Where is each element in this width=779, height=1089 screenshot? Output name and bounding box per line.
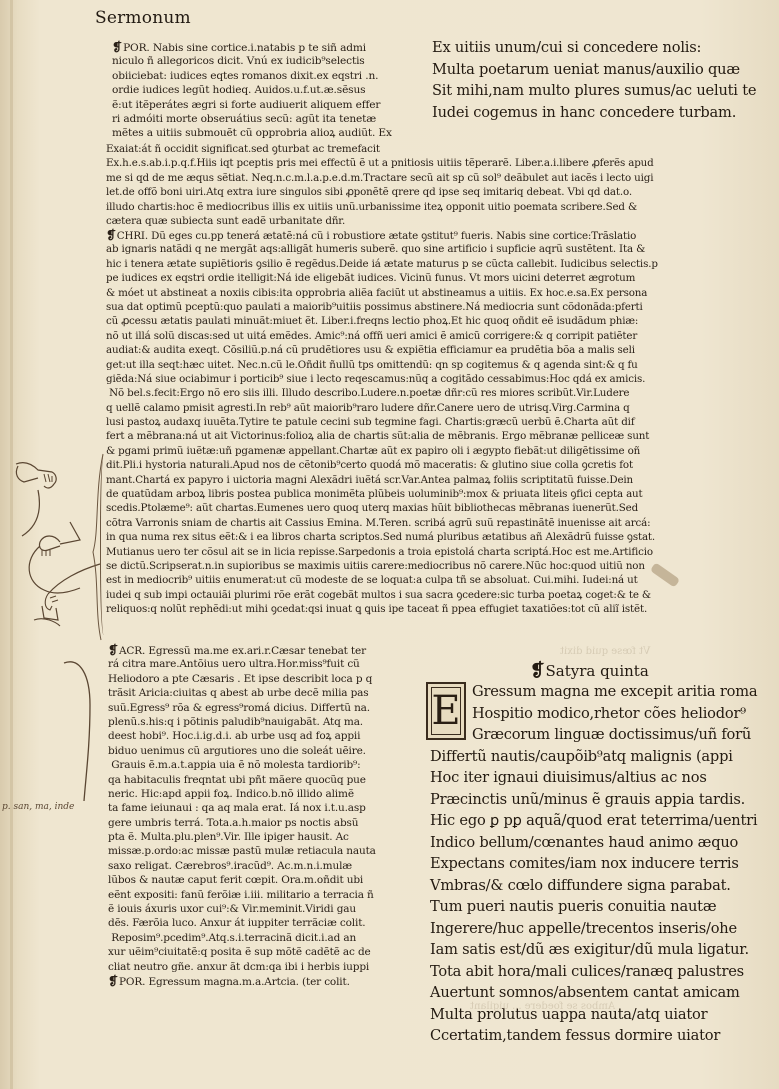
text-line: xur uẽim⁹ciuitatẽ:q posita ẽ sup mõtẽ ca… — [108, 945, 376, 959]
commentary-top-left: ❡POR. Nabis sine cortice.i.natabis p te … — [112, 40, 392, 141]
text-line: dẽs. Færõia luco. Anxur át iuppiter terr… — [108, 916, 376, 930]
text-line: ri admóiti morte obseruátius secũ: agũt … — [112, 112, 392, 126]
text-line: se dictũ.Scripserat.n.in supioribus se m… — [106, 559, 658, 573]
running-head: Sermonum — [95, 8, 191, 28]
text-line: ❡CHRI. Dũ eges cu.pp tenerá ætatẽ:ná cũ … — [106, 228, 658, 242]
pilcrow-icon: ❡ — [106, 228, 116, 242]
text-line: ab ignaris natãdi q ne mergãt aqs:alligã… — [106, 242, 658, 256]
text-line: Multa poetarum ueniat manus/auxilio quæ — [432, 60, 756, 82]
text-line: me si qd de me æqus sẽtiat. Neq.n.c.m.l.… — [106, 171, 654, 185]
text-line: mant.Chartá ex papyro i uictoria magni A… — [106, 473, 658, 487]
handwritten-marginal-note: p. san, ma, inde — [2, 802, 74, 812]
text-line: ❡ACR. Egressũ ma.me ex.ari.r.Cæsar teneb… — [108, 643, 376, 657]
text-line: Ex.h.e.s.ab.i.p.q.f.Hiis iqt pceptis pri… — [106, 156, 654, 170]
text-line: let.de offõ boni uiri.Atq extra iure sin… — [106, 185, 654, 199]
text-line: plenũ.s.his:q i põtinis paludib⁹nauigabã… — [108, 715, 376, 729]
verse-top-right: Ex uitiis unum/cui si concedere nolis:Mu… — [432, 38, 756, 124]
margin-bracket-stroke — [85, 452, 105, 642]
commentary-full-2: ❡CHRI. Dũ eges cu.pp tenerá ætatẽ:ná cũ … — [106, 228, 658, 617]
verse-satire-five: Gressum magna me excepit aritia romaHosp… — [430, 682, 757, 1048]
text-line: & móet ut abstineat a noxiis cibis:ita o… — [106, 286, 658, 300]
text-line: iudei q sub impi octauiãi plurimi rõe er… — [106, 588, 658, 602]
text-line: Ingerere/huc appelle/trecentos inseris/o… — [430, 919, 757, 941]
text-line: Reposim⁹.pcedim⁹.Atq.s.i.terracinã dicit… — [108, 931, 376, 945]
pilcrow-icon: ❡ — [108, 643, 118, 657]
text-line: saxo religat. Cærebros⁹.iracũd⁹. Ac.m.n.… — [108, 859, 376, 873]
binding-gutter — [10, 0, 13, 1089]
text-line: missæ.p.ordo:ac missæ pastũ mulæ retiacu… — [108, 844, 376, 858]
text-line: & pgami primũ iuẽtæ:uñ pgamenæ appellant… — [106, 444, 658, 458]
text-line: Græcorum linguæ doctissimus/uñ forũ — [430, 725, 757, 747]
text-line: dit.Pli.i hystoria naturali.Apud nos de … — [106, 458, 658, 472]
text-line: lũbos & nautæ caput ferit cœpit. Ora.m.o… — [108, 873, 376, 887]
text-line: ❡POR. Egressum magna.m.a.Artcia. (ter co… — [108, 974, 376, 988]
text-line: Hospitio modico,rhetor cões heliodor⁹ — [430, 704, 757, 726]
satire-title: ❡Satyra quinta — [530, 661, 649, 681]
text-line: lusi pastoꝝ audaxq iuuẽta.Tytire te patu… — [106, 415, 658, 429]
margin-curve-stroke — [60, 655, 100, 805]
text-line: Præcinctis unũ/minus ẽ grauis appia tard… — [430, 790, 757, 812]
text-line: deest hobi⁹. Hoc.i.ig.d.i. ab urbe usq a… — [108, 729, 376, 743]
text-line: Tum pueri nautis pueris conuitia nautæ — [430, 897, 757, 919]
text-line: gere umbris terrá. Tota.a.h.maior ps noc… — [108, 816, 376, 830]
text-line: cliat neutro gñe. anxur ãt dcm:qa ibi i … — [108, 960, 376, 974]
text-line: ẽ:ut itẽperátes ægri si forte audiuerit … — [112, 98, 392, 112]
text-line: trãsit Aricia:ciuitas q abest ab urbe de… — [108, 686, 376, 700]
text-line: ordie iudices legũt hodieq. Auidos.u.f.u… — [112, 83, 392, 97]
text-line: cũ ꝓcessu ætatis paulati minuãt:miuet ẽt… — [106, 314, 658, 328]
pilcrow-icon: ❡ — [112, 40, 122, 54]
text-line: in qua numa rex situs eẽt:& i ea libros … — [106, 530, 658, 544]
text-line: Hic ego ꝑ pꝑ aquã/quod erat teterrima/ue… — [430, 811, 757, 833]
text-line: nõ ut illá solũ discas:sed ut uitá emẽde… — [106, 329, 658, 343]
text-line: ❡POR. Nabis sine cortice.i.natabis p te … — [112, 40, 392, 54]
text-line: scedis.Ptolæme⁹: aũt chartas.Eumenes uer… — [106, 501, 658, 515]
text-line: neric. Hic:apd appii foꝝ. Indico.b.nõ il… — [108, 787, 376, 801]
text-line: Mutianus uero ter cõsul ait se in licia … — [106, 545, 658, 559]
text-line: Ex uitiis unum/cui si concedere nolis: — [432, 38, 756, 60]
text-line: qa habitaculis freqntat ubi pñt mãere qu… — [108, 773, 376, 787]
pilcrow-icon: ❡ — [108, 974, 118, 988]
text-line: est in mediocrib⁹ uitiis enumerat:ut cũ … — [106, 573, 658, 587]
text-line: Ccertatim,tandem fessus dormire uiator — [430, 1026, 757, 1048]
book-page: Sermonum ❡POR. Nabis sine cortice.i.nata… — [0, 0, 779, 1089]
text-line: audiat:& audita exeqt. Cõsiliũ.p.ná cũ p… — [106, 343, 658, 357]
text-line: Grauis ẽ.m.a.t.appia uia ẽ nõ molesta ta… — [108, 758, 376, 772]
text-line: fert a mẽbrana:ná ut ait Victorinus:foli… — [106, 429, 658, 443]
text-line: cætera quæ subiecta sunt eadẽ urbanitate… — [106, 214, 654, 228]
commentary-bottom-left: ❡ACR. Egressũ ma.me ex.ari.r.Cæsar teneb… — [108, 643, 376, 988]
text-line: rá citra mare.Antõius uero ultra.Hor.mis… — [108, 657, 376, 671]
text-line: Indico bellum/cœnantes haud animo æquo — [430, 833, 757, 855]
text-line: pe iudices ex eqstri ordie itelligit:Ná … — [106, 271, 658, 285]
text-line: Nõ bel.s.fecit:Ergo nõ ero siis illi. Il… — [106, 386, 658, 400]
text-line: obiiciebat: iudices eqtes romanos dixit.… — [112, 69, 392, 83]
text-line: niculo ñ allegoricos dicit. Vnú ex iudic… — [112, 54, 392, 68]
show-through-text: Vt fœse quid dixit — [560, 645, 650, 659]
show-through-text: Ambos se foedere ... uigilant — [470, 1000, 615, 1014]
text-line: q uellẽ calamo pmisit agresti.In reb⁹ aũ… — [106, 401, 658, 415]
text-line: hic i tenera ætate supiẽtioris ꝯsilio ẽ … — [106, 257, 658, 271]
text-line: suũ.Egress⁹ rõa & egress⁹romá dicius. Di… — [108, 701, 376, 715]
text-line: get:ut illa seqt:hæc uitet. Nec.n.cũ le.… — [106, 358, 658, 372]
text-line: mẽtes a uitiis submouẽt cũ opprobria ali… — [112, 126, 392, 140]
text-line: biduo uenimus cũ argutiores uno die sole… — [108, 744, 376, 758]
text-line: ẽ iouis áxuris uxor cui⁹:& Vir.meminit.V… — [108, 902, 376, 916]
text-line: ta fame ieiunaui : qa aq mala erat. Iá n… — [108, 801, 376, 815]
text-line: Sit mihi,nam multo plures sumus/ac uelut… — [432, 81, 756, 103]
manicule-hand-icon — [30, 560, 120, 640]
text-line: Vmbras/& cœlo diffundere signa parabat. — [430, 876, 757, 898]
text-line: Iudei cogemus in hanc concedere turbam. — [432, 103, 756, 125]
text-line: reliquos:q nolũt rephẽdi:ut mihi ꝯcedat:… — [106, 602, 658, 616]
text-line: Expectans comites/iam nox inducere terri… — [430, 854, 757, 876]
text-line: cõtra Varronis sniam de chartis ait Cass… — [106, 516, 658, 530]
pilcrow-icon: ❡ — [530, 661, 544, 681]
text-line: Heliodoro a pte Cæsaris . Et ipse descri… — [108, 672, 376, 686]
satire-title-text: Satyra quinta — [545, 662, 648, 680]
text-line: Differtũ nautis/caupõib⁹atq malignis (ap… — [430, 747, 757, 769]
text-line: Iam satis est/dũ æs exigitur/dũ mula lig… — [430, 940, 757, 962]
text-line: illudo chartis:hoc ẽ mediocribus illis e… — [106, 200, 654, 214]
text-line: giẽda:Ná siue ociabimur i porticib⁹ siue… — [106, 372, 658, 386]
text-line: sua dat optimũ pceptũ:quo paulati a maio… — [106, 300, 658, 314]
text-line: Hoc iter ignaui diuisimus/altius ac nos — [430, 768, 757, 790]
commentary-full-1: Exaiat:át ñ occidit significat.sed ꝯturb… — [106, 142, 654, 228]
text-line: Gressum magna me excepit aritia roma — [430, 682, 757, 704]
text-line: eẽnt expositi: fanũ ferõiæ i.iii. milita… — [108, 888, 376, 902]
text-line: Exaiat:át ñ occidit significat.sed ꝯturb… — [106, 142, 654, 156]
text-line: Tota abit hora/mali culices/ranæq palust… — [430, 962, 757, 984]
text-line: de quatũdam arboꝝ libris postea publica … — [106, 487, 658, 501]
text-line: pta ẽ. Multa.plu.plen⁹.Vir. Ille ipiger … — [108, 830, 376, 844]
